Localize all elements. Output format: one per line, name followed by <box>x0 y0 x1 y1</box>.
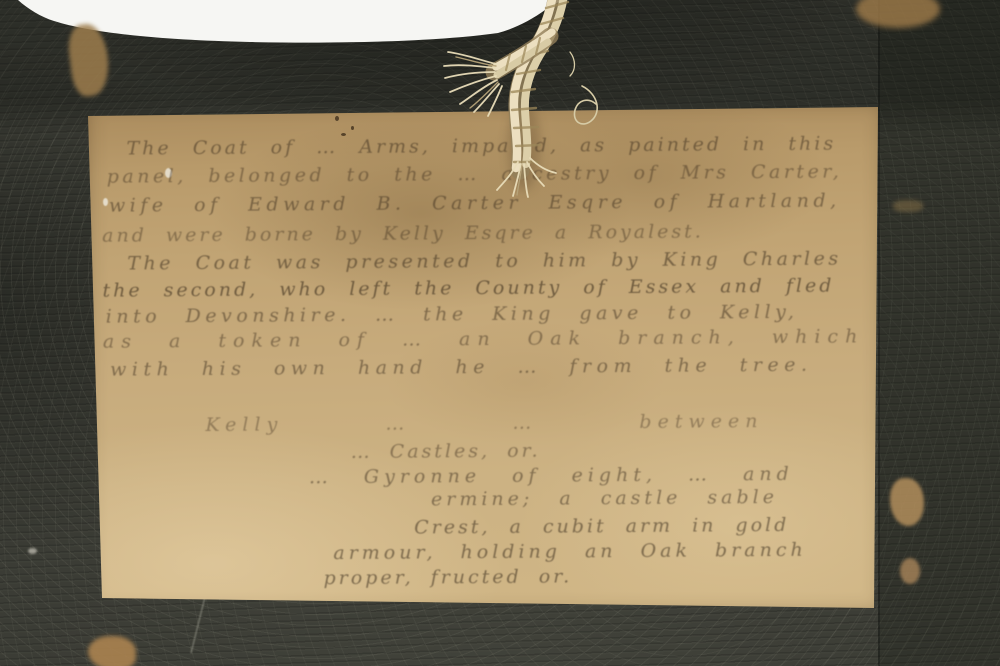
stain-bottom-left <box>88 636 136 666</box>
faint-mark-right <box>893 200 923 212</box>
stain-right-lower <box>900 558 920 584</box>
handwriting-line-15: armour, holding an Oak branch <box>333 539 807 565</box>
twine-string <box>400 0 660 200</box>
handwriting-line-4: and were borne by Kelly Esqre a Royalest… <box>102 220 704 247</box>
panel-right-section <box>880 0 1000 666</box>
handwriting-line-6: the second, who left the County of Essex… <box>102 275 834 303</box>
handwriting-line-11: … Castles, or. <box>351 440 541 464</box>
handwriting-line-13: ermine; a castle sable <box>431 486 778 511</box>
handwriting-line-7: into Devonshire. … the King gave to Kell… <box>106 301 799 329</box>
handwriting-line-9: with his own hand he … from the tree. <box>110 354 813 382</box>
photo-of-panel-back: The Coat of … Arms, impaled, as painted … <box>0 0 1000 666</box>
handwriting-line-14: Crest, a cubit arm in gold <box>414 514 789 540</box>
rope-wisp <box>570 52 597 124</box>
handwriting-line-8: as a token of … an Oak branch, which <box>103 325 865 353</box>
stain-right-upper <box>890 478 924 526</box>
rope-frayed-end <box>444 52 502 116</box>
rope-cord <box>512 0 568 170</box>
handwriting-line-10: Kelly … … between <box>205 410 763 437</box>
handwriting-line-12: … Gyronne of eight, … and <box>309 463 794 489</box>
paint-speck-left <box>28 548 37 554</box>
handwriting-line-5: The Coat was presented to him by King Ch… <box>127 248 841 276</box>
handwriting-line-16: proper, fructed or. <box>323 565 572 590</box>
